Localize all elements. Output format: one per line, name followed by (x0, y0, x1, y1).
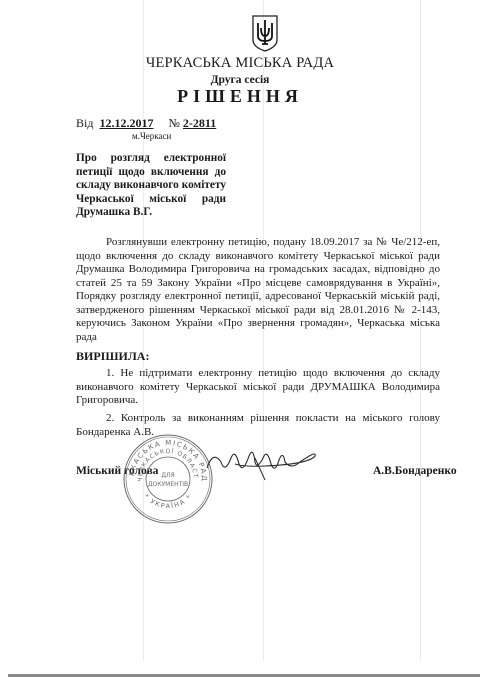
handwritten-signature-icon (205, 440, 320, 485)
decision-number: 2-2811 (183, 116, 216, 130)
session-label: Друга сесія (0, 74, 480, 86)
resolution-item: 1. Не підтримати електронну петицію щодо… (76, 367, 440, 408)
preamble-paragraph: Розглянувши електронну петицію, подану 1… (76, 236, 440, 344)
svg-text:ДОКУМЕНТІВ: ДОКУМЕНТІВ (148, 481, 188, 488)
council-name: ЧЕРКАСЬКА МІСЬКА РАДА (0, 55, 480, 72)
resolved-heading: ВИРІШИЛА: (76, 349, 149, 364)
date-number-line: Від 12.12.2017 № 2-2811 (76, 116, 216, 131)
city-label: м.Черкаси (132, 131, 171, 141)
decision-subject: Про розгляд електронної петиції щодо вкл… (76, 152, 226, 220)
document-title: РІШЕННЯ (0, 86, 480, 107)
svg-text:ДЛЯ: ДЛЯ (161, 472, 174, 479)
official-stamp-icon: ЧЕРКАСЬКА МІСЬКА РАДА ЧЕРКАСЬКОЇ ОБЛАСТІ… (122, 433, 214, 525)
trident-coat-of-arms-icon (251, 14, 279, 52)
date-prefix: Від (76, 116, 93, 130)
decision-date: 12.12.2017 (99, 116, 153, 130)
number-prefix: № (168, 116, 179, 130)
signatory-name: А.В.Бондаренко (373, 465, 457, 477)
